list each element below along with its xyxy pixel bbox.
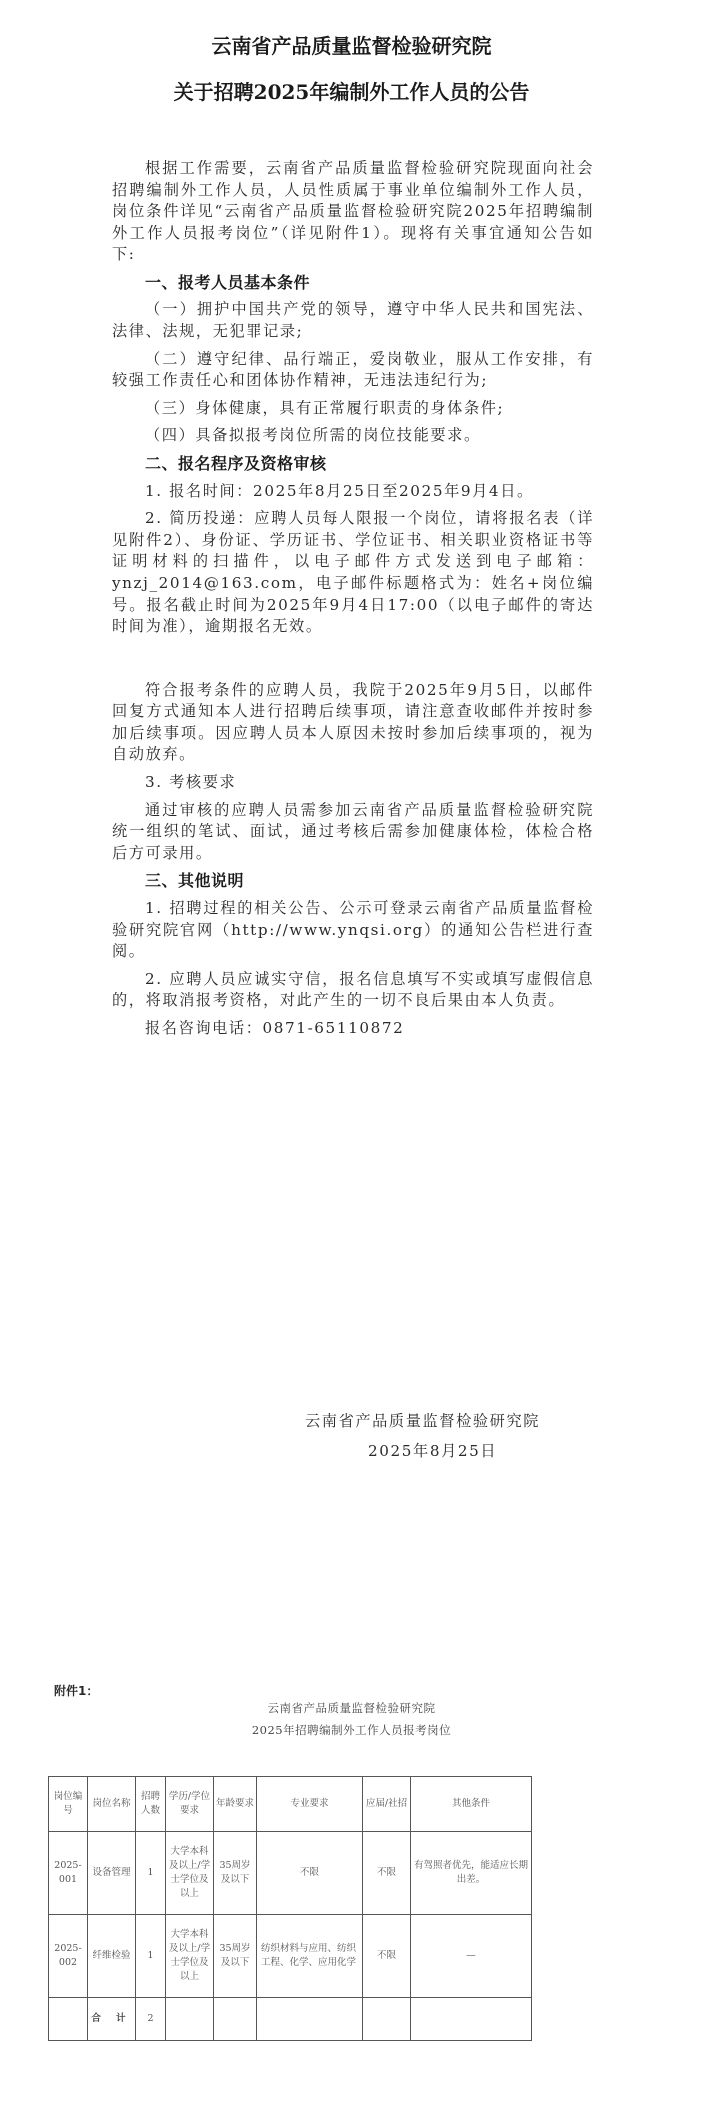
cell-major: 不限 xyxy=(257,1832,363,1915)
cell-other: 有驾照者优先，能适应长期出差。 xyxy=(411,1832,532,1915)
col-header: 年龄要求 xyxy=(214,1777,257,1832)
positions-table: 岗位编号 岗位名称 招聘人数 学历/学位要求 年龄要求 专业要求 应届/社招 其… xyxy=(48,1776,532,2041)
attachment-label: 附件1： xyxy=(54,1682,98,1699)
cell-name: 设备管理 xyxy=(88,1832,136,1915)
section1-heading: 一、报考人员基本条件 xyxy=(112,272,594,294)
cell-education: 大学本科及以上/学士学位及以上 xyxy=(166,1832,214,1915)
section3-heading: 三、其他说明 xyxy=(112,870,594,892)
section1-item-3: （三）身体健康，具有正常履行职责的身体条件; xyxy=(112,398,594,420)
cell-empty xyxy=(49,1998,88,2041)
table-header-row: 岗位编号 岗位名称 招聘人数 学历/学位要求 年龄要求 专业要求 应届/社招 其… xyxy=(49,1777,532,1832)
col-header: 专业要求 xyxy=(257,1777,363,1832)
attachment-title-org: 云南省产品质量监督检验研究院 xyxy=(0,1700,703,1716)
section1-item-1: （一）拥护中国共产党的领导，遵守中华人民共和国宪法、法律、法规，无犯罪记录; xyxy=(112,299,594,342)
col-header: 岗位编号 xyxy=(49,1777,88,1832)
cell-empty xyxy=(214,1998,257,2041)
col-header: 学历/学位要求 xyxy=(166,1777,214,1832)
section3-item-2: 2. 应聘人员应诚实守信，报名信息填写不实或填写虚假信息的，将取消报考资格，对此… xyxy=(112,969,594,1012)
section2-notice: 符合报考条件的应聘人员，我院于2025年9月5日，以邮件回复方式通知本人进行招聘… xyxy=(112,680,594,766)
cell-age: 35周岁及以下 xyxy=(214,1832,257,1915)
signature-date: 2025年8月25日 xyxy=(368,1440,497,1461)
cell-code: 2025-002 xyxy=(49,1915,88,1998)
cell-code: 2025-001 xyxy=(49,1832,88,1915)
section2-item-3-title: 3. 考核要求 xyxy=(112,772,594,794)
section1-item-4: （四）具备拟报考岗位所需的岗位技能要求。 xyxy=(112,425,594,447)
section2-item-2: 2. 简历投递：应聘人员每人限报一个岗位，请将报名表（详见附件2）、身份证、学历… xyxy=(112,508,594,638)
cell-education: 大学本科及以上/学士学位及以上 xyxy=(166,1915,214,1998)
cell-empty xyxy=(166,1998,214,2041)
cell-major: 纺织材料与应用、纺织工程、化学、应用化学 xyxy=(257,1915,363,1998)
table-row: 2025-001 设备管理 1 大学本科及以上/学士学位及以上 35周岁及以下 … xyxy=(49,1832,532,1915)
section2-item-1: 1. 报名时间：2025年8月25日至2025年9月4日。 xyxy=(112,481,594,503)
contact-phone: 报名咨询电话：0871-65110872 xyxy=(112,1018,594,1040)
notice-title: 关于招聘2025年编制外工作人员的公告 xyxy=(0,76,703,105)
section2-item-3-text: 通过审核的应聘人员需参加云南省产品质量监督检验研究院统一组织的笔试、面试，通过考… xyxy=(112,800,594,865)
signature-org: 云南省产品质量监督检验研究院 xyxy=(305,1410,540,1431)
cell-count: 1 xyxy=(136,1915,166,1998)
section1-item-2: （二）遵守纪律、品行端正，爱岗敬业，服从工作安排，有较强工作责任心和团体协作精神… xyxy=(112,349,594,392)
cell-type: 不限 xyxy=(363,1915,411,1998)
col-header: 岗位名称 xyxy=(88,1777,136,1832)
section2-heading: 二、报名程序及资格审核 xyxy=(112,453,594,475)
notice-title-org: 云南省产品质量监督检验研究院 xyxy=(0,30,703,59)
notice-body: 根据工作需要，云南省产品质量监督检验研究院现面向社会招聘编制外工作人员，人员性质… xyxy=(112,158,594,1040)
cell-age: 35周岁及以下 xyxy=(214,1915,257,1998)
total-count: 2 xyxy=(136,1998,166,2041)
cell-empty xyxy=(363,1998,411,2041)
intro-paragraph: 根据工作需要，云南省产品质量监督检验研究院现面向社会招聘编制外工作人员，人员性质… xyxy=(112,158,594,266)
section3-item-1: 1. 招聘过程的相关公告、公示可登录云南省产品质量监督检验研究院官网（http:… xyxy=(112,898,594,963)
cell-other: — xyxy=(411,1915,532,1998)
table-total-row: 合 计 2 xyxy=(49,1998,532,2041)
cell-empty xyxy=(411,1998,532,2041)
cell-name: 纤维检验 xyxy=(88,1915,136,1998)
total-label: 合 计 xyxy=(88,1998,136,2041)
col-header: 招聘人数 xyxy=(136,1777,166,1832)
cell-empty xyxy=(257,1998,363,2041)
col-header: 其他条件 xyxy=(411,1777,532,1832)
cell-type: 不限 xyxy=(363,1832,411,1915)
table-row: 2025-002 纤维检验 1 大学本科及以上/学士学位及以上 35周岁及以下 … xyxy=(49,1915,532,1998)
attachment-title: 2025年招聘编制外工作人员报考岗位 xyxy=(0,1722,703,1738)
col-header: 应届/社招 xyxy=(363,1777,411,1832)
cell-count: 1 xyxy=(136,1832,166,1915)
